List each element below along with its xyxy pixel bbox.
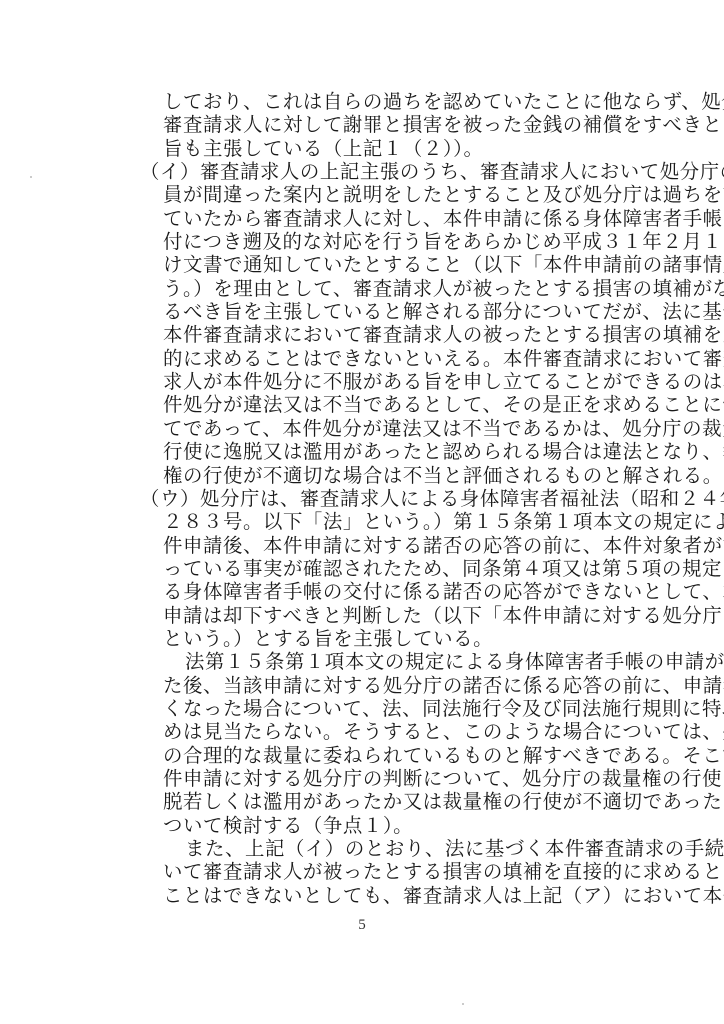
text-line: う。）を理由として、審査請求人が被ったとする損害の填補がなされ [140,277,610,300]
text-line: 旨も主張している（上記１（２））。 [140,137,610,160]
text-line: 員が間違った案内と説明をしたとすること及び処分庁は過ちを認め [140,183,610,206]
scan-speck [30,176,32,178]
text-line: た後、当該申請に対する処分庁の諾否に係る応答の前に、申請者が亡 [140,674,610,697]
section-heading-i: （イ）審査請求人の上記主張のうち、審査請求人において処分庁の担当職 [140,160,610,183]
text-line: ついて検討する（争点１）。 [140,814,610,837]
text-line: という。）とする旨を主張している。 [140,627,610,650]
text-line: 求人が本件処分に不服がある旨を申し立てることができるのは、本 [140,370,610,393]
text-line: しており、これは自らの過ちを認めていたことに他ならず、処分庁は [140,90,610,113]
text-line: 審査請求人に対して謝罪と損害を被った金銭の補償をすべきとする [140,113,610,136]
text-line: くなった場合について、法、同法施行令及び同法施行規則に特段の定 [140,697,610,720]
paragraph-start: また、上記（イ）のとおり、法に基づく本件審査請求の手続きにお [140,837,610,860]
text-line: ２８３号。以下「法」という。）第１５条第１項本文の規定による本 [140,510,610,533]
text-line: 脱若しくは濫用があったか又は裁量権の行使が不適切であったかに [140,790,610,813]
text-line: ことはできないとしても、審査請求人は上記（ア）において本件申請 [140,884,610,907]
text-line: 件申請に対する処分庁の判断について、処分庁の裁量権の行使に逸 [140,767,610,790]
text-line: っている事実が確認されたため、同条第４項又は第５項の規定によ [140,557,610,580]
text-line: 的に求めることはできないといえる。本件審査請求において審査請 [140,347,610,370]
text-line: ていたから審査請求人に対し、本件申請に係る身体障害者手帳の交 [140,207,610,230]
text-line: てであって、本件処分が違法又は不当であるかは、処分庁の裁量権の [140,417,610,440]
document-page: しており、これは自らの過ちを認めていたことに他ならず、処分庁は 審査請求人に対し… [0,0,724,1024]
text-line: る身体障害者手帳の交付に係る諾否の応答ができないとして、本件 [140,580,610,603]
body-text: しており、これは自らの過ちを認めていたことに他ならず、処分庁は 審査請求人に対し… [140,90,610,907]
text-line: の合理的な裁量に委ねられているものと解すべきである。そこで、本 [140,744,610,767]
text-line: いて審査請求人が被ったとする損害の填補を直接的に求めるとする [140,860,610,883]
section-heading-u: （ウ）処分庁は、審査請求人による身体障害者福祉法（昭和２４年法律第 [140,487,610,510]
text-line: 権の行使が不適切な場合は不当と評価されるものと解される。 [140,464,610,487]
text-line: るべき旨を主張していると解される部分についてだが、法に基づく [140,300,610,323]
page-number: 5 [0,917,724,934]
text-line: 本件審査請求において審査請求人の被ったとする損害の填補を直接 [140,323,610,346]
text-line: 件処分が違法又は不当であるとして、その是正を求めることについ [140,393,610,416]
text-line: 行使に逸脱又は濫用があったと認められる場合は違法となり、裁量 [140,440,610,463]
text-line: めは見当たらない。そうすると、このような場合については、処分庁 [140,720,610,743]
text-line: 申請は却下すべきと判断した（以下「本件申請に対する処分庁の判断」 [140,604,610,627]
text-line: け文書で通知していたとすること（以下「本件申請前の諸事情」とい [140,253,610,276]
scan-speck [462,1003,464,1005]
paragraph-start: 法第１５条第１項本文の規定による身体障害者手帳の申請がされ [140,650,610,673]
text-line: 件申請後、本件申請に対する諾否の応答の前に、本件対象者が亡くな [140,534,610,557]
text-line: 付につき遡及的な対応を行う旨をあらかじめ平成３１年２月１日付 [140,230,610,253]
